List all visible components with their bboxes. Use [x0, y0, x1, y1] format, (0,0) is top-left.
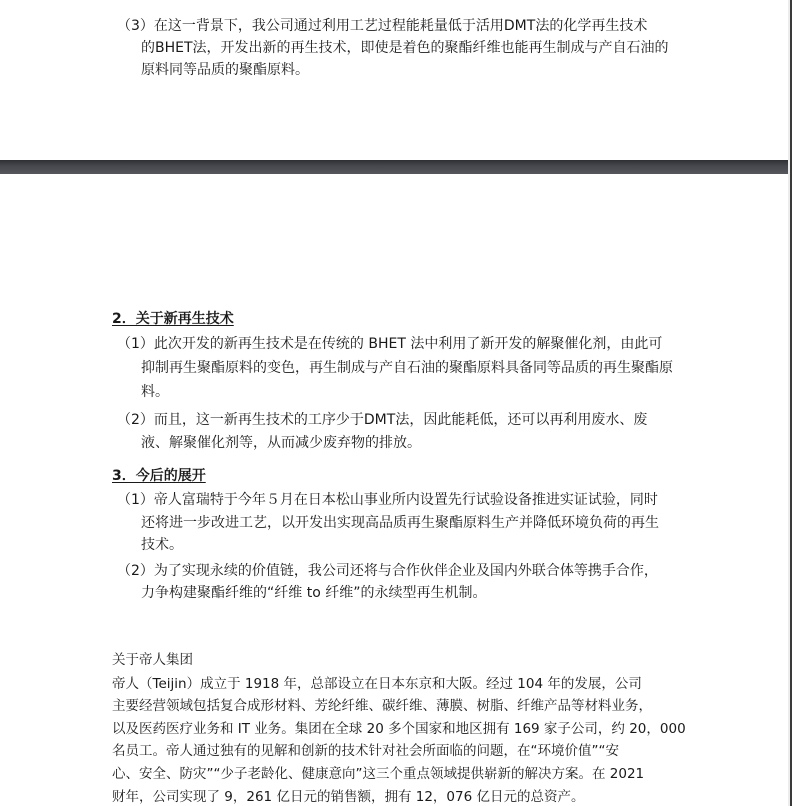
about-title: 关于帝人集团 — [112, 651, 193, 669]
section3-item2-line-2: 力争构建聚酯纤维的“纤维 to 纤维”的永续型再生机制。 — [141, 584, 486, 602]
about-line-6: 财年，公司实现了 9，261 亿日元的销售额，拥有 12，076 亿日元的总资产… — [112, 788, 584, 806]
about-line-2: 主要经营领域包括复合成形材料、芳纶纤维、碳纤维、薄膜、树脂、纤维产品等材料业务， — [112, 697, 652, 715]
section3-item1-line-1: （1）帝人富瑞特于今年５月在日本松山事业所内设置先行试验设备推进实证试验，同时 — [117, 491, 658, 509]
about-line-5: 心、安全、防灾”“少子老龄化、健康意向”这三个重点领域提供崭新的解决方案。在 2… — [112, 765, 644, 783]
about-line-3: 以及医药医疗业务和 IT 业务。集团在全球 20 多个国家和地区拥有 169 家… — [112, 720, 686, 738]
item3-line-1: （3）在这一背景下，我公司通过利用工艺过程能耗量低于活用DMT法的化学再生技术 — [117, 17, 647, 35]
section3-item1-line-2: 还将进一步改进工艺，以开发出实现高品质再生聚酯原料生产并降低环境负荷的再生 — [141, 514, 659, 532]
about-line-1: 帝人（Teijin）成立于 1918 年，总部设立在日本东京和大阪。经过 104… — [112, 675, 642, 693]
section2-item2-line-2: 液、解聚催化剂等，从而减少废弃物的排放。 — [141, 434, 421, 452]
item3-line-2: 的BHET法，开发出新的再生技术，即使是着色的聚酯纤维也能再生制成与产自石油的 — [141, 39, 669, 57]
document-viewer[interactable]: （3）在这一背景下，我公司通过利用工艺过程能耗量低于活用DMT法的化学再生技术 … — [0, 0, 792, 806]
section2-item2-line-1: （2）而且，这一新再生技术的工序少于DMT法，因此能耗低，还可以再利用废水、废 — [117, 411, 647, 429]
section3-heading: 3．今后的展开 — [112, 467, 206, 485]
page-previous: （3）在这一背景下，我公司通过利用工艺过程能耗量低于活用DMT法的化学再生技术 … — [0, 0, 789, 160]
section2-heading: 2．关于新再生技术 — [112, 310, 234, 328]
page-current: 2．关于新再生技术 （1）此次开发的新再生技术是在传统的 BHET 法中利用了新… — [0, 174, 789, 806]
section3-item1-line-3: 技术。 — [141, 536, 183, 554]
section2-item1-line-3: 料。 — [141, 383, 169, 401]
page-separator — [0, 160, 789, 174]
section2-item1-line-1: （1）此次开发的新再生技术是在传统的 BHET 法中利用了新开发的解聚催化剂，由… — [117, 335, 662, 353]
about-line-4: 名员工。帝人通过独有的见解和创新的技术针对社会所面临的问题，在“环境价值”“安 — [112, 742, 619, 760]
section2-item1-line-2: 抑制再生聚酯原料的变色，再生制成与产自石油的聚酯原料具备同等品质的再生聚酯原 — [141, 359, 673, 377]
item3-line-3: 原料同等品质的聚酯原料。 — [141, 61, 309, 79]
section3-item2-line-1: （2）为了实现永续的价值链，我公司还将与合作伙伴企业及国内外联合体等携手合作， — [117, 562, 658, 580]
